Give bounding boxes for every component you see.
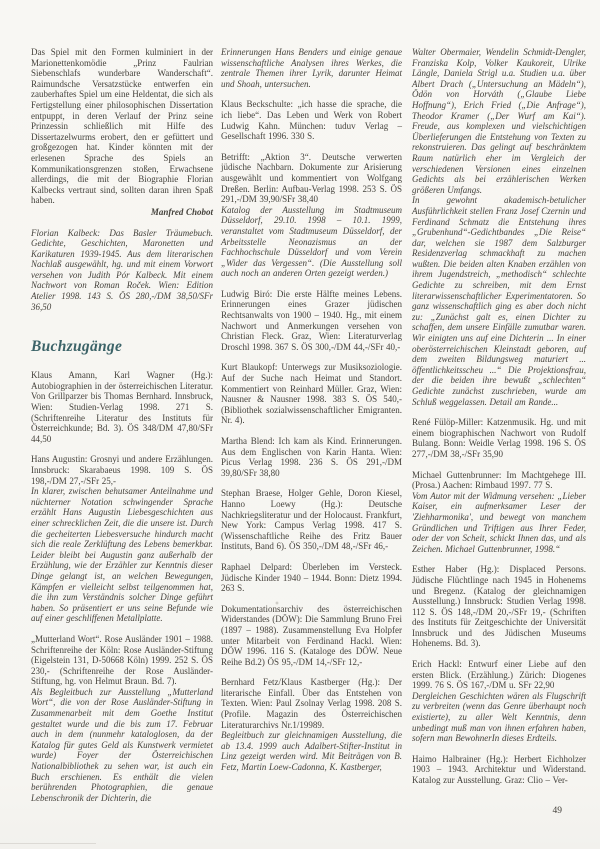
- entry-paragraph: Stephan Braese, Holger Gehle, Doron Kies…: [221, 488, 402, 552]
- entry-paragraph: Bernhard Fetz/Klaus Kastberger (Hg.): De…: [221, 677, 402, 730]
- section-heading: Buchzugänge: [31, 338, 213, 355]
- annotation-paragraph: In klarer, zwischen behutsamer Anteilnah…: [31, 486, 213, 624]
- entry-paragraph: Erich Hackl: Entwurf einer Liebe auf den…: [412, 659, 586, 691]
- annotation-paragraph: Vom Autor mit der Widmung versehen: „Lie…: [412, 491, 586, 555]
- entry-paragraph: Raphael Delpard: Überleben im Versteck. …: [221, 562, 402, 594]
- entry-paragraph: René Fülöp-Miller: Katzenmusik. Hg. und …: [412, 417, 586, 459]
- annotation-paragraph: Walter Obermaier, Wendelin Schmidt-Dengl…: [412, 47, 586, 195]
- annotation-paragraph: Florian Kalbeck: Das Basler Träumebuch. …: [31, 228, 213, 313]
- scanned-page: Das Spiel mit den Formen kulminiert in d…: [0, 0, 600, 849]
- text-column-1: Das Spiel mit den Formen kulminiert in d…: [31, 47, 213, 813]
- page-number: 49: [412, 806, 562, 816]
- entry-paragraph: Michael Guttenbrunner: Im Machtgehege II…: [412, 470, 586, 491]
- annotation-paragraph: In gewohnt akademisch-betulicher Ausführ…: [412, 195, 586, 407]
- scan-artifact-line: [0, 843, 96, 844]
- entry-paragraph: Ludwig Biró: Die erste Hälfte meines Leb…: [221, 289, 402, 353]
- annotation-paragraph: Dergleichen Geschichten wären als Flugsc…: [412, 691, 586, 744]
- entry-paragraph: Esther Haber (Hg.): Displaced Persons. J…: [412, 564, 586, 649]
- entry-paragraph: Klaus Beckschulte: „ich hasse die sprach…: [221, 99, 402, 141]
- annotation-paragraph: Katalog der Ausstellung im Stadtmuseum D…: [221, 205, 402, 279]
- entry-paragraph: Martha Blend: Ich kam als Kind. Erinneru…: [221, 436, 402, 478]
- annotation-paragraph: Erinnerungen Hans Benders und einige gen…: [221, 47, 402, 89]
- annotation-paragraph: Als Begleitbuch zur Ausstellung „Mutterl…: [31, 687, 213, 804]
- entry-paragraph: Kurt Blaukopf: Unterwegs zur Musiksoziol…: [221, 362, 402, 426]
- entry-paragraph: „Mutterland Wort“. Rose Ausländer 1901 –…: [31, 634, 213, 687]
- entry-paragraph: Betrifft: „Aktion 3“. Deutsche verwerten…: [221, 152, 402, 205]
- reviewer-signature: Manfred Chobot: [31, 207, 213, 218]
- entry-paragraph: Haimo Halbrainer (Hg.): Herbert Eichholz…: [412, 754, 586, 786]
- entry-paragraph: Dokumentationsarchiv des österreichische…: [221, 604, 402, 668]
- annotation-paragraph: Begleitbuch zur gleichnamigen Ausstellun…: [221, 730, 402, 772]
- scan-artifact-speck: [275, 601, 279, 605]
- entry-paragraph: Hans Augustin: Grosnyi und andere Erzähl…: [31, 454, 213, 486]
- entry-paragraph: Klaus Amann, Karl Wagner (Hg.): Autobiog…: [31, 370, 213, 444]
- entry-paragraph: Das Spiel mit den Formen kulminiert in d…: [31, 47, 213, 206]
- text-column-2: Erinnerungen Hans Benders und einige gen…: [221, 47, 402, 783]
- text-column-3: Walter Obermaier, Wendelin Schmidt-Dengl…: [412, 47, 586, 796]
